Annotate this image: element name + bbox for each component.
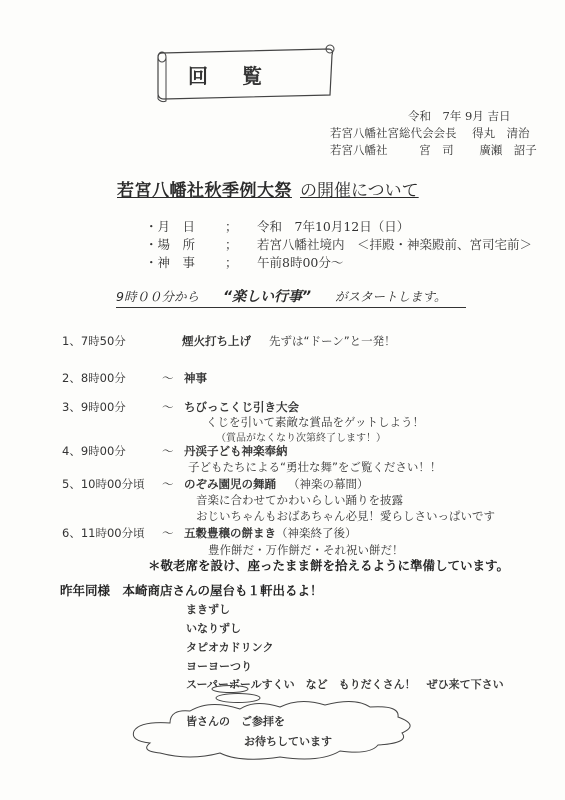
schedule-4-sub-1: 子どもたちによる“勇壮な舞”をご覧ください！！ xyxy=(188,459,441,475)
cloud-line-1: 皆さんの ご参拝を xyxy=(186,713,285,729)
schedule-time: 3、9時00分 xyxy=(62,399,162,415)
sender-2-role: 宮 司 xyxy=(419,143,454,157)
schedule-event: のぞみ園児の舞踊 xyxy=(184,477,276,491)
start-announcement: 9時００分から“楽しい行事”がスタートします。 xyxy=(116,286,466,308)
schedule-extra: （神楽の幕間） xyxy=(288,477,369,491)
cloud-line-2: お待ちしています xyxy=(244,733,332,749)
schedule-item-5: 5、10時00分頃～のぞみ園児の舞踊（神楽の幕間） xyxy=(62,476,369,492)
schedule-3-sub-1: くじを引いて素敵な賞品をゲットしよう！ xyxy=(206,414,424,430)
info-place: ・場 所；若宮八幡社境内 ＜拝殿・神楽殿前、宮司宅前＞ xyxy=(145,235,532,253)
schedule-tilde: ～ xyxy=(162,443,184,459)
schedule-time: 1、7時50分 xyxy=(62,333,170,349)
schedule-event: 丹渓子ども神楽奉納 xyxy=(184,444,288,458)
issue-date: 令和 7年 9月 吉日 xyxy=(408,108,510,124)
page-title: 若宮八幡社秋季例大祭の開催について xyxy=(117,176,419,201)
sender-1-name: 得丸 清治 xyxy=(472,126,530,140)
schedule-item-6: 6、11時00分頃～五穀豊穣の餅まき（神楽終了後） xyxy=(62,525,357,541)
schedule-tilde: ～ xyxy=(162,399,184,415)
schedule-event: 五穀豊穣の餅まき xyxy=(184,526,276,540)
title-suffix: の開催について xyxy=(300,181,419,201)
info-sep: ； xyxy=(225,253,257,271)
schedule-item-3: 3、9時00分～ちびっこくじ引き大会 xyxy=(62,399,299,415)
schedule-time: 2、8時00分 xyxy=(62,370,162,386)
start-tail: がスタートします。 xyxy=(335,289,447,304)
schedule-tilde: ～ xyxy=(162,476,184,492)
schedule-extra: （神楽終了後） xyxy=(276,526,357,540)
info-ritual: ・神 事；午前8時00分～ xyxy=(145,253,343,271)
banner-title: 回覧 xyxy=(172,60,312,89)
info-value: 午前8時00分～ xyxy=(257,253,343,271)
stall-item: ヨーヨーつり xyxy=(186,658,252,674)
schedule-3-sub-2: （賞品がなくなり次第終了します！） xyxy=(216,429,386,444)
info-label: ・月 日 xyxy=(145,217,225,235)
schedule-event: 煙火打ち上げ xyxy=(182,334,251,348)
info-label: ・場 所 xyxy=(145,235,225,253)
schedule-time: 6、11時00分頃 xyxy=(62,525,162,541)
sender-2: 若宮八幡社 宮 司 廣瀬 詔子 xyxy=(330,142,537,158)
sender-2-org: 若宮八幡社 xyxy=(330,143,388,157)
start-time: 9時００分から xyxy=(116,289,199,304)
schedule-time: 5、10時00分頃 xyxy=(62,476,162,492)
seating-note: ＊敬老席を設け、座ったまま餅を拾えるように準備しています。 xyxy=(148,556,509,574)
stalls-heading: 昨年同様 本崎商店さんの屋台も１軒出るよ！ xyxy=(60,581,323,599)
schedule-event: ちびっこくじ引き大会 xyxy=(184,400,299,414)
schedule-tilde: ～ xyxy=(162,525,184,541)
schedule-extra: 先ずは“ドーン”と一発！ xyxy=(269,334,396,348)
info-value: 若宮八幡社境内 ＜拝殿・神楽殿前、宮司宅前＞ xyxy=(257,235,532,253)
info-sep: ； xyxy=(225,235,257,253)
stall-item: いなりずし xyxy=(186,620,241,636)
title-main: 若宮八幡社秋季例大祭 xyxy=(117,181,292,201)
schedule-item-1: 1、7時50分煙火打ち上げ先ずは“ドーン”と一発！ xyxy=(62,333,396,349)
info-date: ・月 日；令和 7年10月12日（日） xyxy=(145,217,409,235)
info-label: ・神 事 xyxy=(145,253,225,271)
sender-1: 若宮八幡社宮総代会会長 得丸 清治 xyxy=(330,125,530,141)
stall-item: タピオカドリンク xyxy=(186,639,273,655)
stall-item: まきずし xyxy=(186,601,230,617)
schedule-5-sub-1: 音楽に合わせてかわいらしい踊りを披露 xyxy=(196,492,403,508)
start-highlight: “楽しい行事” xyxy=(223,289,311,305)
info-value: 令和 7年10月12日（日） xyxy=(257,217,409,235)
schedule-item-2: 2、8時00分～神事 xyxy=(62,370,207,386)
schedule-time: 4、9時00分 xyxy=(62,443,162,459)
info-sep: ； xyxy=(225,217,257,235)
sender-1-org: 若宮八幡社宮総代会会長 xyxy=(330,126,457,140)
schedule-tilde: ～ xyxy=(162,370,184,386)
schedule-event: 神事 xyxy=(184,371,207,385)
sender-2-name: 廣瀬 詔子 xyxy=(479,143,537,157)
schedule-item-4: 4、9時00分～丹渓子ども神楽奉納 xyxy=(62,443,288,459)
schedule-5-sub-2: おじいちゃんもおばあちゃん必見！愛らしさいっぱいです xyxy=(196,508,495,524)
